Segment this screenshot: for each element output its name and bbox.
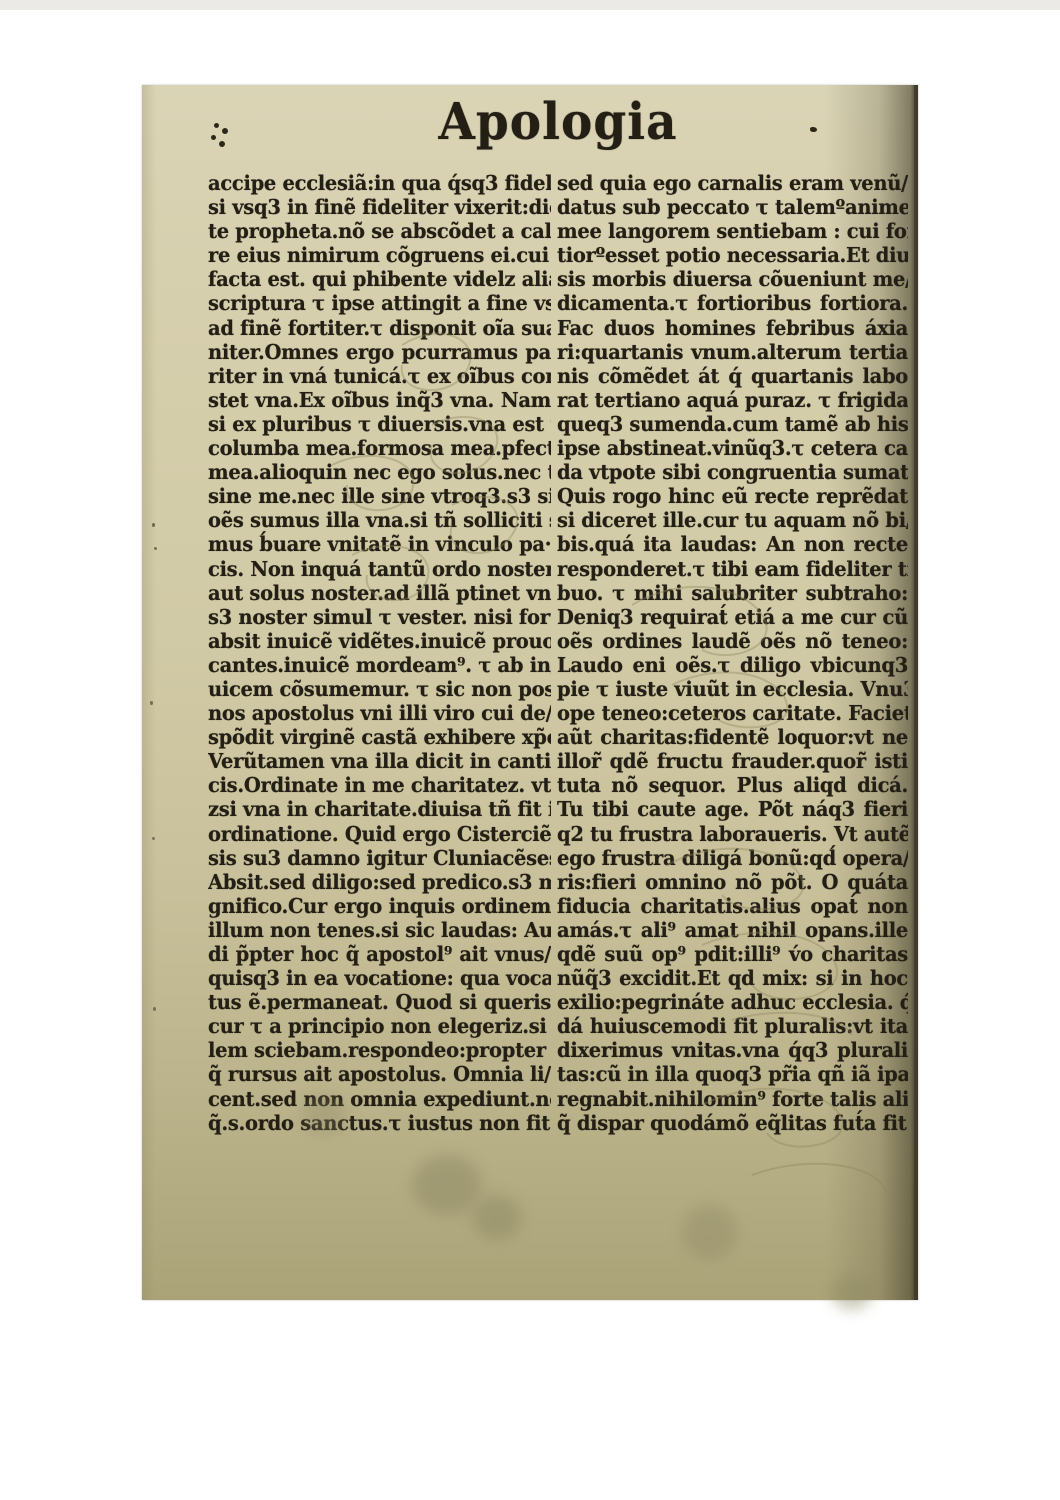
text-line: Quis rogo hinc eũ recte reprẽdat xyxy=(557,485,908,510)
text-line: Fac duos homines febribus áxia xyxy=(557,316,908,341)
text-line: queq3 sumenda.cum tamẽ ab his xyxy=(557,413,908,438)
text-line: Verũtamen vna illa dicit in canti xyxy=(208,750,551,775)
text-line: cur τ a principio non elegeriz.si ta xyxy=(208,1015,551,1040)
embossed-stamp-swirl xyxy=(612,565,812,745)
text-line: uicem cõsumemur. τ sic non possit xyxy=(208,678,551,703)
smudge xyxy=(412,1155,482,1215)
smudge xyxy=(302,1095,347,1135)
text-line: zsi vna in charitate.diuisa tñ fit in xyxy=(208,798,551,823)
smudge xyxy=(682,1205,737,1260)
text-line: te propheta.nõ se abscõdet a calo xyxy=(208,220,551,245)
text-line: mee langorem sentiebam : cui for/ xyxy=(557,220,908,245)
page-title: Apologia xyxy=(170,93,946,152)
text-line: dicamenta.τ fortioribus fortiora. xyxy=(557,292,908,317)
scanner-top-strip xyxy=(0,0,1060,10)
text-line: sis su3 damno igitur Cluniacẽses: xyxy=(208,846,551,871)
text-line: nis cõmẽdet át q́ quartanis labo xyxy=(557,364,908,389)
text-line: illor̃ qdẽ fructu frauder.quor̃ isti xyxy=(557,750,908,775)
ink-speck xyxy=(810,127,817,132)
ink-speck xyxy=(211,135,216,140)
text-line: si vsq3 in finẽ fideliter vixerit:dicẽ/ xyxy=(208,196,551,221)
ink-speck xyxy=(150,701,153,705)
text-line: ri:quartanis vnum.alterum tertia xyxy=(557,340,908,365)
ink-speck xyxy=(152,523,155,527)
ink-speck xyxy=(152,837,155,840)
text-line: q̃.s.ordo sanctus.τ iustus non fit. xyxy=(208,1111,551,1135)
text-line: illum non tenes.si sic laudas: Au xyxy=(208,919,551,944)
text-line: tiorºesset potio necessaria.Et diuer xyxy=(557,244,908,269)
text-line: cis.Ordinate in me charitatez. vt xyxy=(208,774,551,799)
text-line: Absit.sed diligo:sed predico.s3 ma xyxy=(208,870,551,895)
text-line: sis morbis diuersa cõueniunt me/ xyxy=(557,268,908,293)
ink-speck xyxy=(153,1007,156,1011)
text-line: facta est. qui phibente videlz alia xyxy=(208,268,551,293)
text-line: quisq3 in ea vocatione: qua voca/ xyxy=(208,967,551,992)
text-line: cantes.inuicẽ mordeam⁹. τ ab in/ xyxy=(208,654,551,679)
text-line: lem sciebam.respondeo:propter id xyxy=(208,1039,551,1064)
text-line: ipse abstineat.vinũq3.τ cetera cali xyxy=(557,437,908,462)
text-line: nos apostolus vni illi viro cui de/ xyxy=(208,702,551,727)
text-line: tus ẽ.permaneat. Quod si queris xyxy=(208,991,551,1016)
text-line: sed quia ego carnalis eram venũ/ xyxy=(557,172,908,196)
smudge xyxy=(832,1275,872,1310)
text-line: di p̃pter hoc q̃ apostol⁹ ait vnus/ xyxy=(208,943,551,968)
text-line: q̃ rursus ait apostolus. Omnia li/ xyxy=(208,1063,551,1088)
ink-speck xyxy=(219,141,225,147)
text-line: re eius nimirum cõgruens ei.cui τ xyxy=(208,244,551,269)
ink-speck xyxy=(154,547,157,550)
text-line: si diceret ille.cur tu aquam nõ bi/ xyxy=(557,509,908,534)
ink-speck xyxy=(214,123,219,128)
text-line: accipe ecclesiã:in qua q́sq3 fideliũ: xyxy=(208,172,551,196)
text-line: bis.quá ita laudas: An non recte xyxy=(557,533,908,558)
smudge xyxy=(472,1195,522,1240)
text-line: Tu tibi caute age. Põt náq3 fieri xyxy=(557,798,908,823)
text-line: spõdit virginẽ castã exhibere xp̃o. xyxy=(208,726,551,751)
embossed-stamp-swirl xyxy=(302,435,442,635)
scanned-book-page: Apologia accipe ecclesiã:in qua q́sq3 fi… xyxy=(142,85,918,1300)
text-line: cent.sed non omnia expediunt.nõ xyxy=(208,1087,551,1112)
page-right-edge xyxy=(914,85,918,1300)
embossed-stamp-swirl xyxy=(682,1065,902,1215)
text-line: rat tertiano aquá puraz. τ frigida xyxy=(557,388,908,413)
text-line: ordinatione. Quid ergo Cisterciẽ xyxy=(208,822,551,847)
text-line: datus sub peccato τ talemºanime xyxy=(557,196,908,221)
text-line: scriptura τ ipse attingit a fine vsq3 xyxy=(208,292,551,317)
embossed-stamp-swirl xyxy=(642,825,872,1045)
ink-speck xyxy=(222,128,228,134)
text-line: tuta nõ sequor. Plus aliqd dicá. xyxy=(557,774,908,799)
text-line: da vtpote sibi congruentia sumat: xyxy=(557,461,908,486)
text-line: gnifico.Cur ergo inquis ordinem xyxy=(208,894,551,919)
